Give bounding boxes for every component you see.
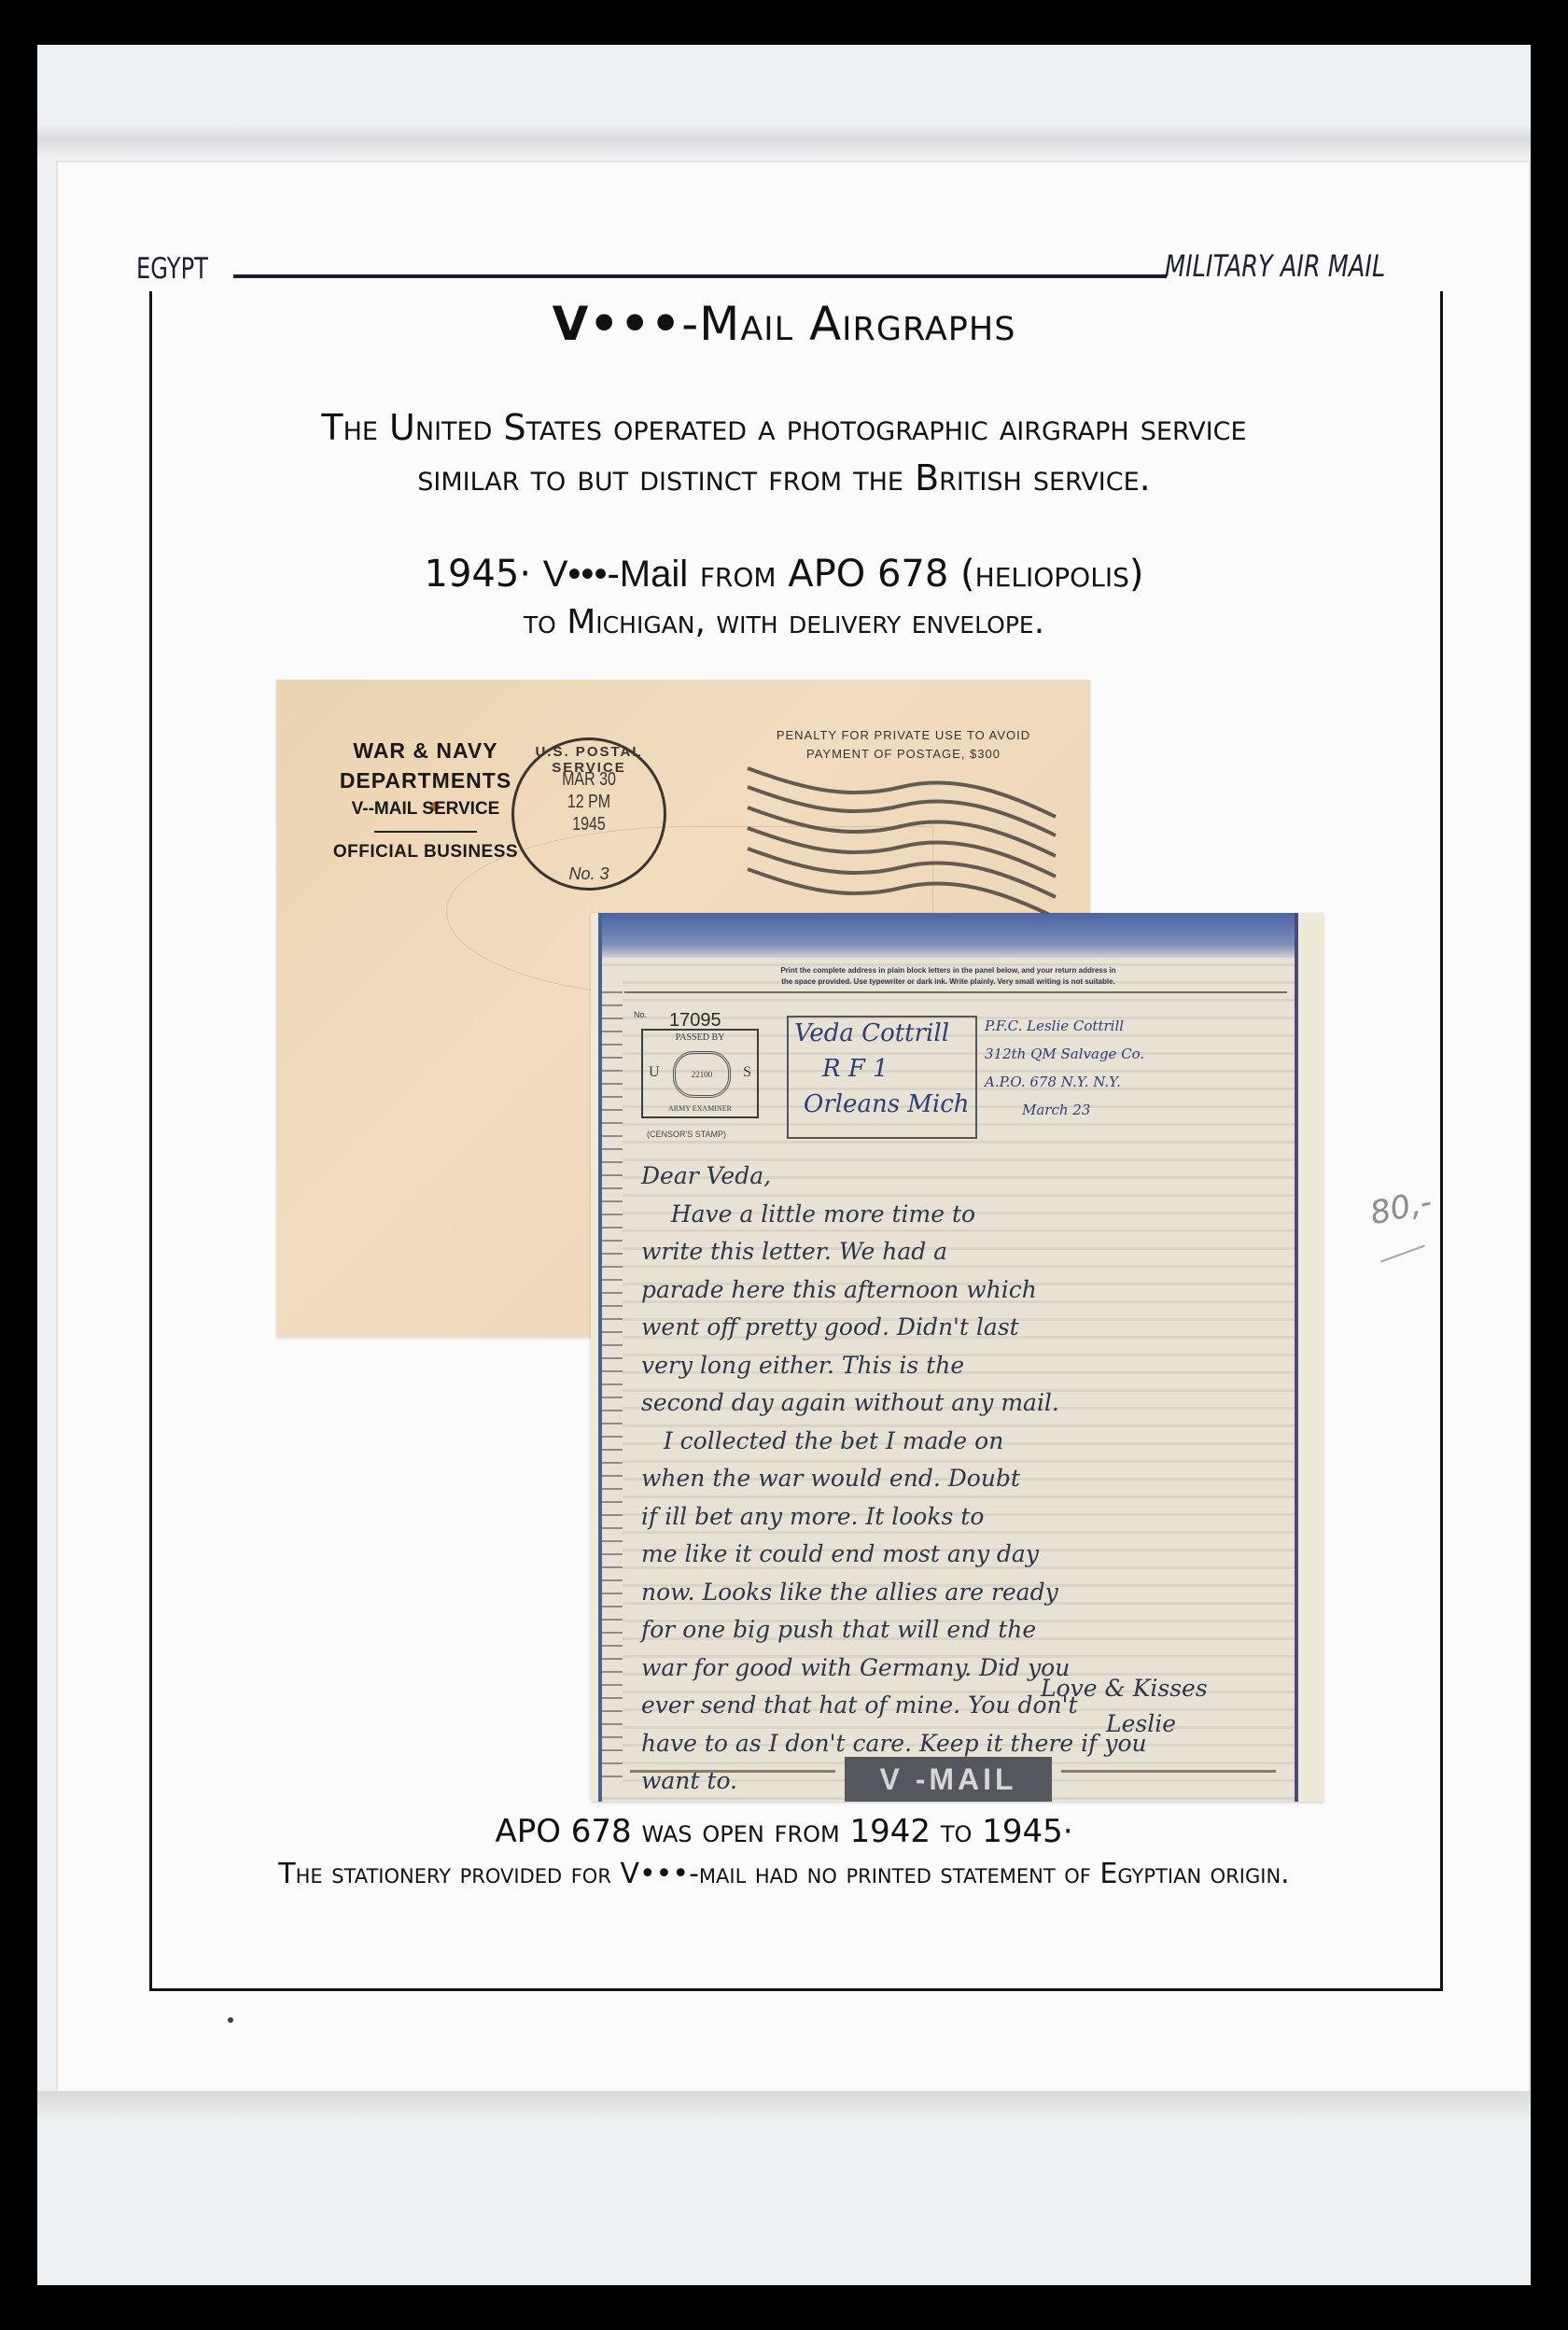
subtitle-line-1: 1945· V•••-Mail from APO 678 (heliopolis… bbox=[0, 553, 1568, 596]
vmail-instructions: Print the complete address in plain bloc… bbox=[602, 965, 1295, 988]
sender-address: P.F.C. Leslie Cottrill 312th QM Salvage … bbox=[985, 1012, 1144, 1124]
censor-u: U bbox=[649, 1064, 660, 1081]
letter-line: when the war would end. Doubt bbox=[641, 1460, 1276, 1498]
footer-rule-left bbox=[630, 1770, 835, 1773]
address-line: Orleans Mich bbox=[794, 1087, 970, 1122]
subtitle-origin: from APO 678 (heliopolis) bbox=[700, 553, 1144, 596]
subtitle-vmail: V•••-Mail bbox=[543, 554, 688, 595]
address-line: Veda Cottrill bbox=[794, 1016, 970, 1051]
caption-vmail-mark: V••• bbox=[620, 1858, 689, 1890]
vmail-footer-label: V -MAIL bbox=[845, 1757, 1052, 1802]
letter-closing: Love & Kisses Leslie bbox=[1041, 1671, 1208, 1742]
address-line: R F 1 bbox=[794, 1051, 970, 1087]
caption-line-2: The stationery provided for V•••-mail ha… bbox=[0, 1858, 1568, 1890]
wavy-cancel-lines bbox=[743, 759, 1060, 927]
service-line: V--MAIL SERVICE bbox=[304, 795, 547, 823]
postmark-center: MAR 30 12 PM 1945 bbox=[529, 768, 649, 835]
letter-line: parade here this afternoon which bbox=[641, 1271, 1276, 1310]
subtitle-year: 1945· bbox=[425, 553, 532, 596]
censor-examiner: ARMY EXAMINER bbox=[643, 1104, 757, 1113]
letter-line: Have a little more time to bbox=[641, 1196, 1276, 1234]
postmark-date: MAR 30 bbox=[529, 768, 649, 791]
header-country: EGYPT bbox=[136, 252, 208, 286]
intro-line-2: similar to but distinct from the British… bbox=[0, 457, 1568, 498]
postmark-year: 1945 bbox=[529, 813, 649, 835]
sender-line: A.P.O. 678 N.Y. N.Y. bbox=[985, 1068, 1144, 1096]
censor-stamp: PASSED BY U 22100 S ARMY EXAMINER bbox=[641, 1029, 759, 1118]
vmail-top-band bbox=[602, 913, 1295, 958]
censor-stamp-label: (CENSOR'S STAMP) bbox=[647, 1130, 726, 1139]
censor-code: 22100 bbox=[673, 1051, 731, 1098]
letter-line: if ill bet any more. It looks to bbox=[641, 1498, 1276, 1537]
header-section: MILITARY AIR MAIL bbox=[1165, 248, 1385, 284]
caption-text-post: -mail had no printed statement of Egypti… bbox=[689, 1858, 1290, 1890]
letter-line: me like it could end most any day bbox=[641, 1536, 1276, 1574]
protector-strip-top bbox=[37, 121, 1531, 161]
letter-line: very long either. This is the bbox=[641, 1347, 1276, 1385]
caption-text-pre: The stationery provided for bbox=[278, 1858, 620, 1890]
intro-line-1: The United States operated a photographi… bbox=[0, 407, 1568, 448]
letter-line: Dear Veda, bbox=[641, 1158, 1276, 1196]
caption-line-1: APO 678 was open from 1942 to 1945· bbox=[0, 1813, 1568, 1850]
vmail-edge-ticks bbox=[602, 980, 623, 1783]
header-rule bbox=[233, 274, 1167, 278]
postmark: U.S. POSTAL SERVICE MAR 30 12 PM 1945 No… bbox=[511, 737, 666, 891]
letter-line: I collected the bet I made on bbox=[641, 1423, 1276, 1461]
dept-rule bbox=[374, 831, 477, 833]
dept-line-1: WAR & NAVY bbox=[304, 736, 547, 765]
footer-rule-right bbox=[1061, 1770, 1276, 1773]
dept-line-2: DEPARTMENTS bbox=[304, 765, 547, 795]
instructions-line-1: Print the complete address in plain bloc… bbox=[602, 965, 1295, 976]
penalty-notice: PENALTY FOR PRIVATE USE TO AVOID PAYMENT… bbox=[735, 726, 1071, 764]
letter-line: for one big push that will end the bbox=[641, 1611, 1276, 1649]
serial-label: No. bbox=[634, 1010, 647, 1019]
postmark-time: 12 PM bbox=[529, 791, 649, 813]
postmark-number: No. 3 bbox=[514, 864, 664, 884]
instructions-line-2: the space provided. Use typewriter or da… bbox=[602, 976, 1295, 988]
letter-line: now. Looks like the allies are ready bbox=[641, 1574, 1276, 1612]
censor-s: S bbox=[743, 1064, 751, 1081]
recipient-address: Veda Cottrill R F 1 Orleans Mich bbox=[794, 1016, 970, 1122]
letter-line: second day again without any mail. bbox=[641, 1384, 1276, 1423]
signature: Leslie bbox=[1041, 1706, 1208, 1742]
sender-line: 312th QM Salvage Co. bbox=[985, 1040, 1144, 1068]
envelope-department-block: WAR & NAVY DEPARTMENTS V--MAIL SERVICE O… bbox=[304, 736, 547, 863]
page-title: V•••-Mail Airgraphs bbox=[0, 297, 1568, 351]
closing-line: Love & Kisses bbox=[1041, 1671, 1208, 1706]
title-text: -Mail Airgraphs bbox=[681, 297, 1015, 351]
vmail-form: Print the complete address in plain bloc… bbox=[598, 913, 1298, 1802]
penalty-line-1: PENALTY FOR PRIVATE USE TO AVOID bbox=[735, 726, 1071, 745]
letter-line: went off pretty good. Didn't last bbox=[641, 1309, 1276, 1347]
censor-passed-by: PASSED BY bbox=[643, 1032, 757, 1043]
vmail-photographic-sheet: Print the complete address in plain bloc… bbox=[591, 913, 1323, 1802]
letter-line: write this letter. We had a bbox=[641, 1233, 1276, 1271]
subtitle-line-2: to Michigan, with delivery envelope. bbox=[0, 603, 1568, 641]
sender-line: March 23 bbox=[985, 1096, 1144, 1124]
title-vmail-mark: V••• bbox=[553, 297, 682, 351]
official-business: OFFICIAL BUSINESS bbox=[304, 842, 547, 863]
protector-strip-bottom bbox=[37, 2091, 1531, 2119]
paper-speck bbox=[228, 2017, 233, 2023]
sender-line: P.F.C. Leslie Cottrill bbox=[985, 1012, 1144, 1040]
